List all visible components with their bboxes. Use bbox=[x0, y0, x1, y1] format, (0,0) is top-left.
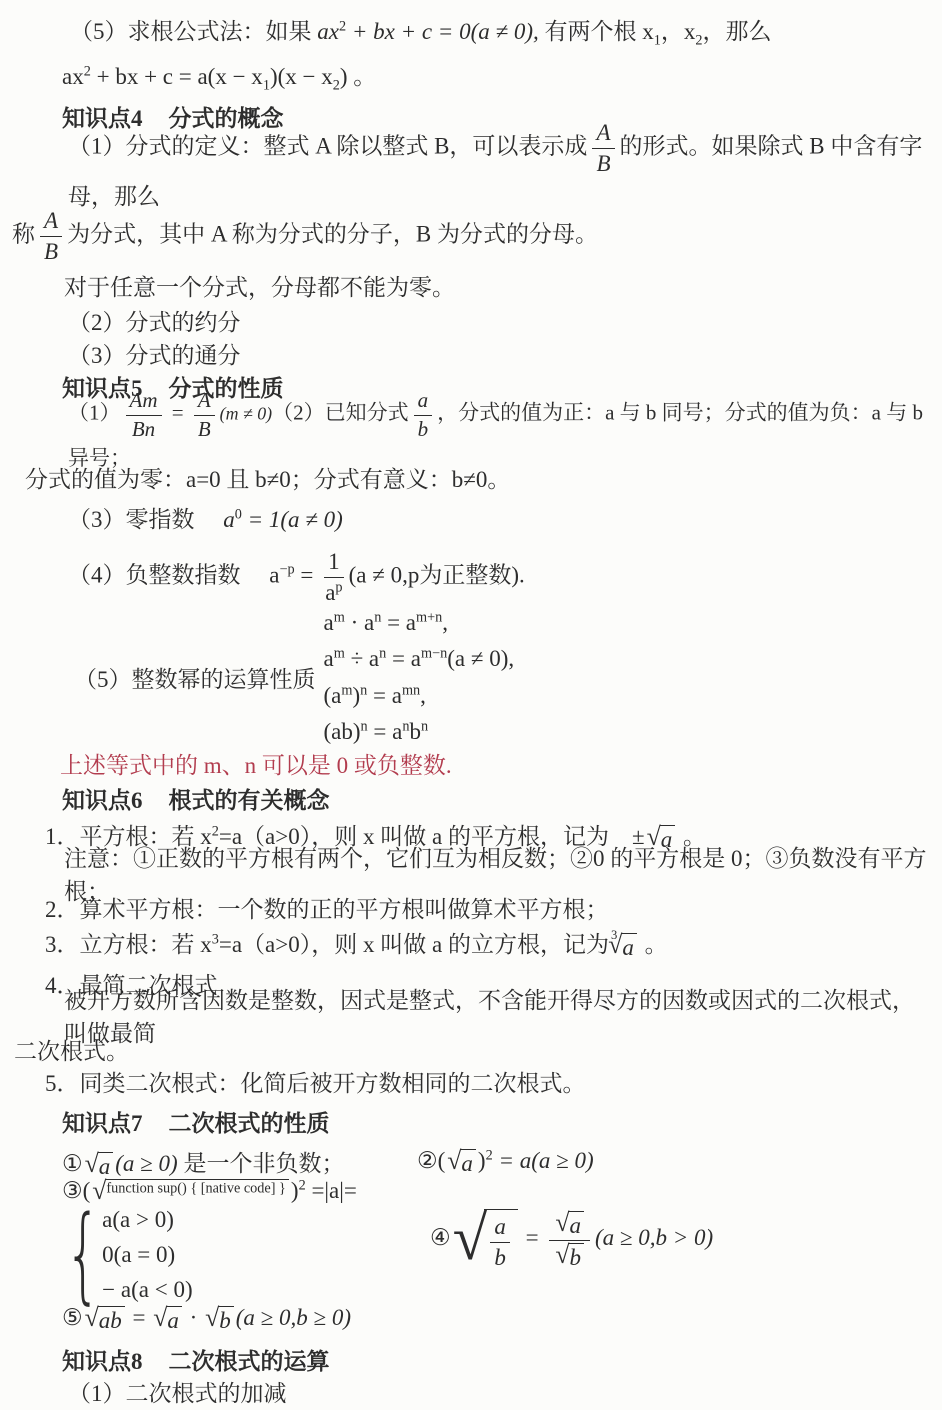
formula-radical-prop-3: ③(√function sup() { [native code] })2 =|… bbox=[62, 1177, 430, 1302]
para-denominator-note: 对于任意一个分式，分母都不能为零。 bbox=[12, 268, 932, 302]
formula-radical-prop-2: ②(√a)2 = a(a ≥ 0) bbox=[417, 1147, 594, 1176]
formula-radical-prop-1: ①√a(a ≥ 0) 是一个非负数； bbox=[62, 1145, 417, 1180]
math-notes-page: （5）求根公式法：如果 ax2 + bx + c = 0(a ≠ 0), 有两个… bbox=[0, 0, 942, 1410]
formula-power-product: am · an = am+n, bbox=[324, 610, 515, 635]
heading-kp8-label: 知识点8 bbox=[62, 1343, 143, 1376]
item-cube-root: 3．立方根：若 x3=a（a>0），则 x 叫做 a 的立方根，记为3√a 。 bbox=[12, 920, 932, 966]
para-simplest-radical-def-cont: 二次根式。 bbox=[12, 1032, 932, 1066]
formula-quadratic-roots-intro: （5）求根公式法：如果 ax2 + bx + c = 0(a ≠ 0), 有两个… bbox=[12, 8, 932, 54]
row-radical-props-3-4: ③(√function sup() { [native code] })2 =|… bbox=[12, 1182, 932, 1298]
formula-negative-exponent: （4）负整数指数 a−p = 1ap(a ≠ 0,p为正整数). bbox=[12, 538, 932, 616]
note-square-root: 注意：①正数的平方根有两个，它们互为相反数；②0 的平方根是 0；③负数没有平方… bbox=[12, 856, 932, 890]
power-rules-label: （5）整数幂的运算性质 bbox=[74, 661, 316, 694]
item-fraction-common-denominator: （3）分式的通分 bbox=[12, 336, 932, 370]
heading-kp6: 知识点6 根式的有关概念 bbox=[12, 781, 932, 815]
formula-zero-exponent: （3）零指数 a0 = 1(a ≠ 0) bbox=[12, 496, 932, 538]
heading-kp6-title: 根式的有关概念 bbox=[169, 782, 330, 815]
formula-power-of-product: (ab)n = anbn bbox=[324, 719, 515, 744]
heading-kp7-title: 二次根式的性质 bbox=[169, 1105, 330, 1138]
para-simplest-radical-def: 被开方数所含因数是整数，因式是整式，不含能开得尽方的因数或因式的二次根式，叫做最… bbox=[12, 998, 932, 1032]
item-arithmetic-square-root: 2．算术平方根：一个数的正的平方根叫做算术平方根； bbox=[12, 890, 932, 924]
heading-kp7-label: 知识点7 bbox=[62, 1105, 143, 1138]
para-fraction-definition-cont: 称AB为分式，其中 A 称为分式的分子，B 为分式的分母。 bbox=[12, 192, 932, 280]
heading-kp8: 知识点8 二次根式的运算 bbox=[12, 1342, 932, 1376]
formula-quadratic-factored: ax2 + bx + c = a(x − x1)(x − x2) 。 bbox=[12, 54, 932, 98]
note-red-mn-integers: 上述等式中的 m、n 可以是 0 或负整数. bbox=[12, 746, 932, 780]
item-radical-addition: （1）二次根式的加减 bbox=[12, 1374, 932, 1408]
power-rules-equations: am · an = am+n, am ÷ an = am−n(a ≠ 0), (… bbox=[324, 610, 515, 744]
para-fraction-properties: （1）AmBn = AB(m ≠ 0)（2）已知分式ab，分式的值为正：a 与 … bbox=[12, 398, 932, 462]
formula-power-of-power: (am)n = amn, bbox=[324, 683, 515, 708]
item-fraction-reduction: （2）分式的约分 bbox=[12, 303, 932, 337]
formula-radical-prop-5: ⑤√ab = √a · √b(a ≥ 0,b ≥ 0) bbox=[12, 1294, 932, 1344]
formula-radical-prop-4: ④√ab = √a√b(a ≥ 0,b > 0) bbox=[430, 1209, 713, 1271]
item-similar-radicals: 5．同类二次根式：化简后被开方数相同的二次根式。 bbox=[12, 1064, 932, 1098]
heading-kp6-label: 知识点6 bbox=[62, 782, 143, 815]
para-fraction-properties-cont: 分式的值为零：a=0 且 b≠0；分式有意义：b≠0。 bbox=[12, 460, 932, 494]
block-power-rules: （5）整数幂的运算性质 am · an = am+n, am ÷ an = am… bbox=[12, 612, 932, 742]
heading-kp8-title: 二次根式的运算 bbox=[169, 1343, 330, 1376]
heading-kp7: 知识点7 二次根式的性质 bbox=[12, 1104, 932, 1138]
formula-power-quotient: am ÷ an = am−n(a ≠ 0), bbox=[324, 646, 515, 671]
